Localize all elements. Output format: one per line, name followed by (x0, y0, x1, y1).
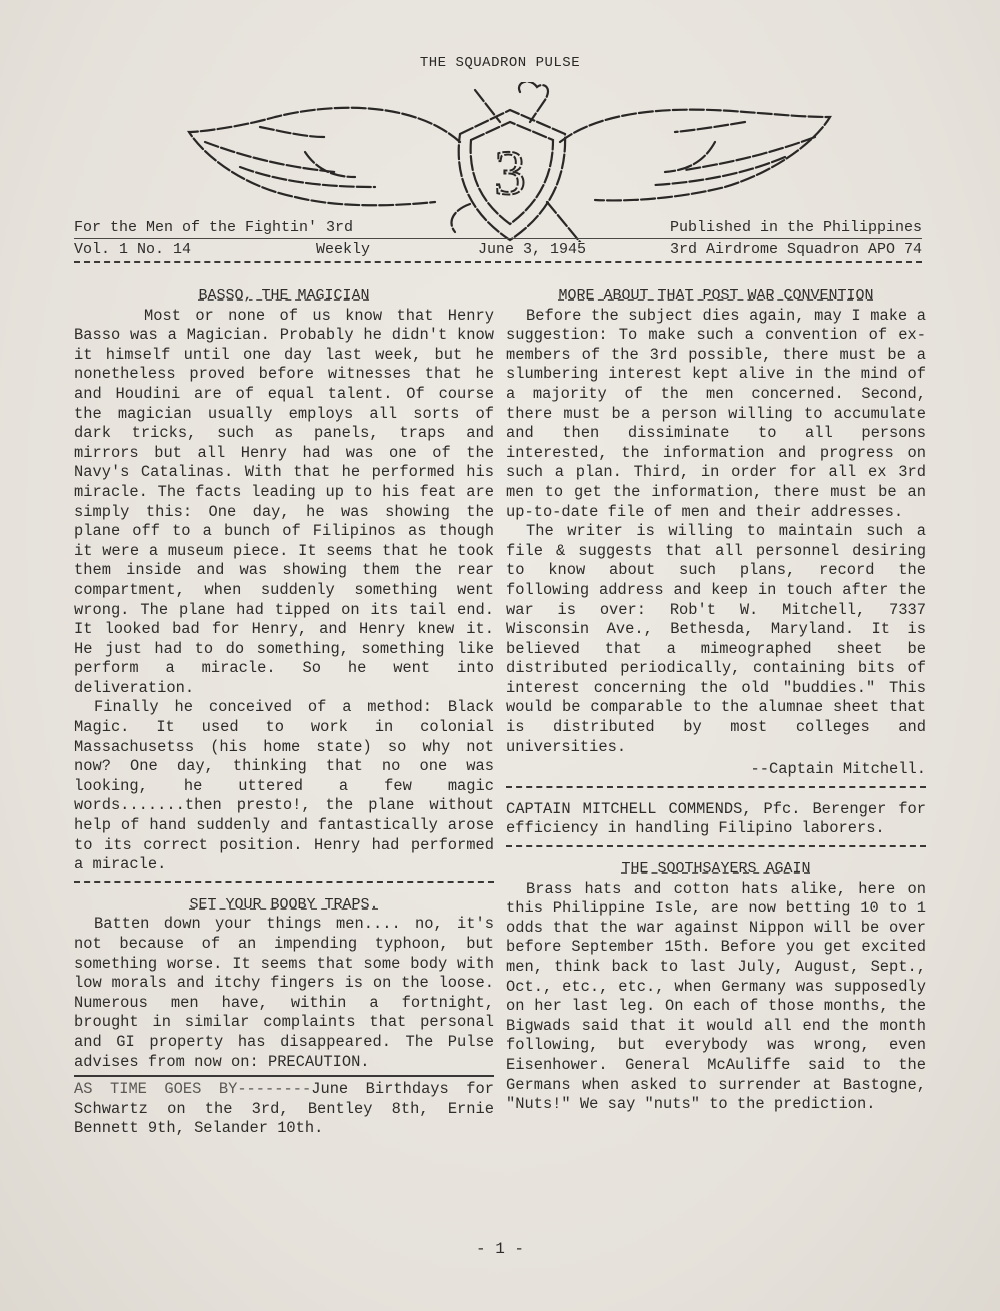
tagline-right: Published in the Philippines (670, 219, 922, 236)
newsletter-page: THE SQUADRON PULSE 3 For the Me (0, 0, 1000, 1311)
masthead-info-row: Vol. 1 No. 14 Weekly June 3, 1945 3rd Ai… (74, 241, 922, 263)
article-headline: BASSO, THE MAGICIAN (74, 286, 494, 306)
article-soothsayers: THE SOOTHSAYERS AGAIN Brass hats and cot… (506, 859, 926, 1115)
article-paragraph: Most or none of us know that Henry Basso… (74, 307, 494, 699)
article-commendation: CAPTAIN MITCHELL COMMENDS, Pfc. Berenger… (506, 800, 926, 839)
right-column: MORE ABOUT THAT POST WAR CONVENTION Befo… (506, 286, 926, 1115)
section-divider (74, 1075, 494, 1077)
article-booby-traps: SET YOUR BOOBY TRAPS. Batten down your t… (74, 895, 494, 1072)
frequency: Weekly (316, 241, 436, 258)
article-paragraph: Batten down your things men.... no, it's… (74, 915, 494, 1072)
article-paragraph: Before the subject dies again, may I mak… (506, 307, 926, 523)
section-divider (74, 881, 494, 883)
tagline-left: For the Men of the Fightin' 3rd (74, 219, 353, 236)
article-headline: THE SOOTHSAYERS AGAIN (506, 859, 926, 879)
unit-address: 3rd Airdrome Squadron APO 74 (670, 241, 922, 258)
article-lead: AS TIME GOES BY-------- (74, 1080, 311, 1098)
masthead-tagline-row: For the Men of the Fightin' 3rd Publishe… (74, 219, 922, 239)
page-number: - 1 - (0, 1240, 1000, 1258)
left-column: BASSO, THE MAGICIAN Most or none of us k… (74, 286, 494, 1139)
winged-shield-emblem-icon: 3 (185, 82, 835, 242)
article-lead: CAPTAIN MITCHELL COMMENDS, (506, 800, 752, 818)
article-paragraph: Brass hats and cotton hats alike, here o… (506, 880, 926, 1115)
section-divider (506, 845, 926, 847)
article-signature: --Captain Mitchell. (506, 760, 926, 780)
newsletter-title: THE SQUADRON PULSE (0, 55, 1000, 71)
article-basso: BASSO, THE MAGICIAN Most or none of us k… (74, 286, 494, 875)
article-paragraph: The writer is willing to maintain such a… (506, 522, 926, 757)
volume-number: Vol. 1 No. 14 (74, 241, 274, 258)
article-headline: SET YOUR BOOBY TRAPS. (74, 895, 494, 915)
article-paragraph: Finally he conceived of a method: Black … (74, 698, 494, 874)
section-divider (506, 786, 926, 788)
issue-date: June 3, 1945 (478, 241, 628, 258)
article-headline: MORE ABOUT THAT POST WAR CONVENTION (506, 286, 926, 306)
article-post-war-convention: MORE ABOUT THAT POST WAR CONVENTION Befo… (506, 286, 926, 780)
article-as-time-goes-by: AS TIME GOES BY--------June Birthdays fo… (74, 1080, 494, 1139)
svg-text:3: 3 (494, 137, 526, 208)
